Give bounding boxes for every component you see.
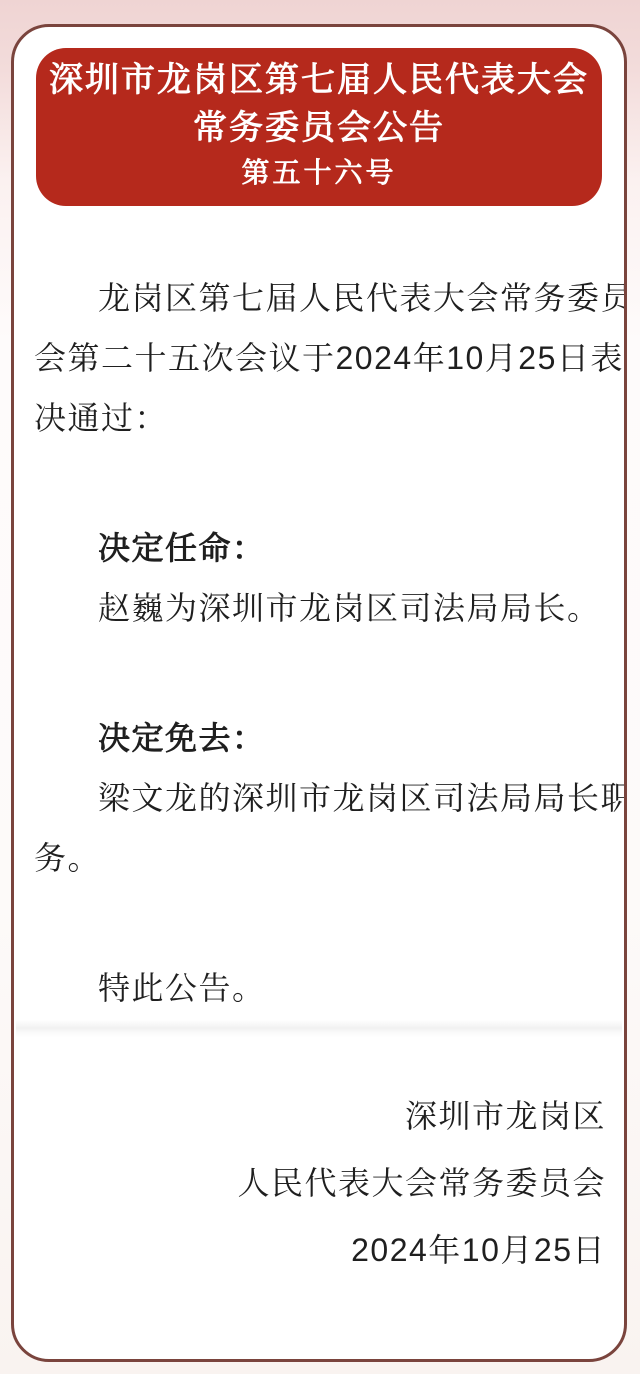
banner-issue-number: 第五十六号	[46, 152, 592, 194]
appointment-content: 赵巍为深圳市龙岗区司法局局长。	[34, 578, 612, 638]
announcement-body: 龙岗区第七届人民代表大会常务委员 会第二十五次会议于2024年10月25日表 决…	[14, 268, 624, 1284]
announcement-card: 深圳市龙岗区第七届人民代表大会 常务委员会公告 第五十六号 龙岗区第七届人民代表…	[11, 24, 627, 1362]
removal-content-line-1: 梁文龙的深圳市龙岗区司法局局长职	[34, 768, 612, 828]
banner-title-line2: 常务委员会公告	[46, 104, 592, 152]
signature-org-line-1: 深圳市龙岗区	[34, 1083, 606, 1150]
removal-heading: 决定免去：	[34, 708, 612, 768]
removal-section: 决定免去： 梁文龙的深圳市龙岗区司法局局长职 务。	[34, 708, 612, 888]
intro-line-2: 会第二十五次会议于2024年10月25日表	[34, 328, 612, 388]
appointment-section: 决定任命： 赵巍为深圳市龙岗区司法局局长。	[34, 518, 612, 638]
appointment-heading: 决定任命：	[34, 518, 612, 578]
signature-date: 2024年10月25日	[34, 1217, 606, 1284]
intro-line-3: 决通过：	[34, 388, 612, 448]
signature-org-line-2: 人民代表大会常务委员会	[34, 1150, 606, 1217]
closing-paragraph: 特此公告。	[34, 958, 612, 1018]
removal-content-line-2: 务。	[34, 828, 612, 888]
closing-statement: 特此公告。	[34, 958, 612, 1018]
intro-paragraph: 龙岗区第七届人民代表大会常务委员 会第二十五次会议于2024年10月25日表 决…	[34, 268, 612, 448]
signature-block: 深圳市龙岗区 人民代表大会常务委员会 2024年10月25日	[34, 1083, 612, 1284]
banner-title-line1: 深圳市龙岗区第七届人民代表大会	[46, 56, 592, 104]
intro-line-1: 龙岗区第七届人民代表大会常务委员	[34, 268, 612, 328]
announcement-banner: 深圳市龙岗区第七届人民代表大会 常务委员会公告 第五十六号	[36, 48, 602, 206]
